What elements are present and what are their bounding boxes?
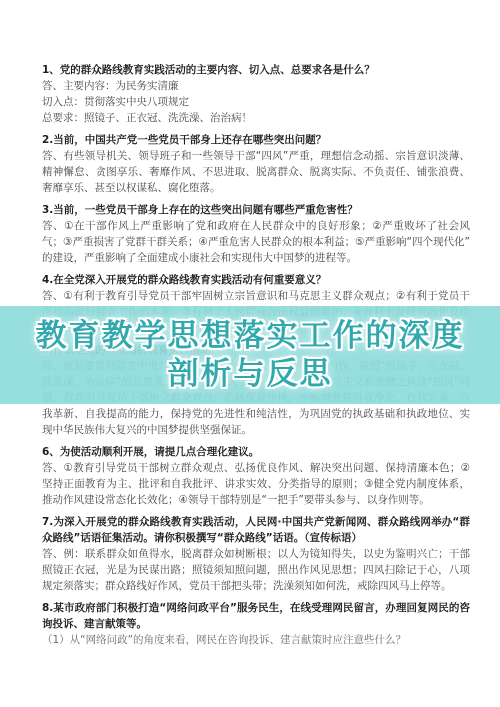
question-text: 4.在全党深入开展党的群众路线教育实践活动有何重要意义？ <box>42 272 470 288</box>
qa-block-5: 5.什么是党的群众路线教育实践活动？ 答、就是要贯彻落实中央八项规定，以“为民务… <box>42 342 470 438</box>
question-text: 8.某市政府部门积极打造“网络问政平台”服务民生，在线受理网民留言，办理回复网民… <box>42 600 470 632</box>
answer-lines: 答、①有利于教育引导党员干部牢固树立宗旨意识和马克思主义群众观点；②有利于党员干… <box>42 288 470 336</box>
answer-line: 答、①教育引导党员干部树立群众观点、弘扬优良作风、解决突出问题、保持清廉本色；②… <box>42 460 470 508</box>
qa-block-4: 4.在全党深入开展党的群众路线教育实践活动有何重要意义？ 答、①有利于教育引导党… <box>42 272 470 336</box>
answer-lines: 答、例：联系群众如鱼得水，脱离群众如树断根；以人为镜知得失，以史为鉴明兴亡；干部… <box>42 546 470 594</box>
answer-line: 切入点：贯彻落实中央八项规定 <box>42 94 470 110</box>
qa-block-8: 8.某市政府部门积极打造“网络问政平台”服务民生，在线受理网民留言，办理回复网民… <box>42 600 470 648</box>
answer-line: 答、①有利于教育引导党员干部牢固树立宗旨意识和马克思主义群众观点；②有利于党员干… <box>42 288 470 336</box>
answer-line: 答、有些领导机关、领导班子和一些领导干部“四风”严重，理想信念动摇、宗旨意识淡薄… <box>42 148 470 196</box>
answer-line: 答、①在干部作风上严重影响了党和政府在人民群众中的良好形象；②严重败坏了社会风气… <box>42 218 470 266</box>
answer-lines: 答、有些领导机关、领导班子和一些领导干部“四风”严重，理想信念动摇、宗旨意识淡薄… <box>42 148 470 196</box>
qa-block-2: 2.当前，中国共产党一些党员干部身上还存在哪些突出问题？ 答、有些领导机关、领导… <box>42 132 470 196</box>
qa-block-6: 6、为使活动顺利开展，请提几点合理化建议。 答、①教育引导党员干部树立群众观点、… <box>42 444 470 508</box>
qa-document: 1、党的群众路线教育实践活动的主要内容、切入点、总要求各是什么？ 答、主要内容：… <box>0 0 500 648</box>
qa-block-1: 1、党的群众路线教育实践活动的主要内容、切入点、总要求各是什么？ 答、主要内容：… <box>42 62 470 126</box>
sub-question-line: （1）从“网络问政”的角度来看，网民在咨询投诉、建言献策时应注意些什么？ <box>42 632 470 648</box>
question-text: 1、党的群众路线教育实践活动的主要内容、切入点、总要求各是什么？ <box>42 62 470 78</box>
answer-line: 答、例：联系群众如鱼得水，脱离群众如树断根；以人为镜知得失，以史为鉴明兴亡；干部… <box>42 546 470 594</box>
document-page: 1、党的群众路线教育实践活动的主要内容、切入点、总要求各是什么？ 答、主要内容：… <box>0 0 500 707</box>
question-text: 7.为深入开展党的群众路线教育实践活动，人民网·中国共产党新闻网、群众路线网举办… <box>42 514 470 546</box>
question-text: 3.当前，一些党员干部身上存在的这些突出问题有哪些严重危害性？ <box>42 202 470 218</box>
answer-line: 总要求：照镜子、正衣冠、洗洗澡、治治病！ <box>42 110 470 126</box>
qa-block-3: 3.当前，一些党员干部身上存在的这些突出问题有哪些严重危害性？ 答、①在干部作风… <box>42 202 470 266</box>
answer-lines: 答、①教育引导党员干部树立群众观点、弘扬优良作风、解决突出问题、保持清廉本色；②… <box>42 460 470 508</box>
answer-line: 答、就是要贯彻落实中央八项规定，以“为民务实清廉”为主要内容，按照“照镜子、正衣… <box>42 358 470 438</box>
qa-block-7: 7.为深入开展党的群众路线教育实践活动，人民网·中国共产党新闻网、群众路线网举办… <box>42 514 470 594</box>
question-text: 6、为使活动顺利开展，请提几点合理化建议。 <box>42 444 470 460</box>
answer-lines: （1）从“网络问政”的角度来看，网民在咨询投诉、建言献策时应注意些什么？ <box>42 632 470 648</box>
answer-lines: 答、就是要贯彻落实中央八项规定，以“为民务实清廉”为主要内容，按照“照镜子、正衣… <box>42 358 470 438</box>
answer-lines: 答、主要内容：为民务实清廉切入点：贯彻落实中央八项规定总要求：照镜子、正衣冠、洗… <box>42 78 470 126</box>
question-text: 2.当前，中国共产党一些党员干部身上还存在哪些突出问题？ <box>42 132 470 148</box>
question-text: 5.什么是党的群众路线教育实践活动？ <box>42 342 470 358</box>
answer-line: 答、主要内容：为民务实清廉 <box>42 78 470 94</box>
answer-lines: 答、①在干部作风上严重影响了党和政府在人民群众中的良好形象；②严重败坏了社会风气… <box>42 218 470 266</box>
